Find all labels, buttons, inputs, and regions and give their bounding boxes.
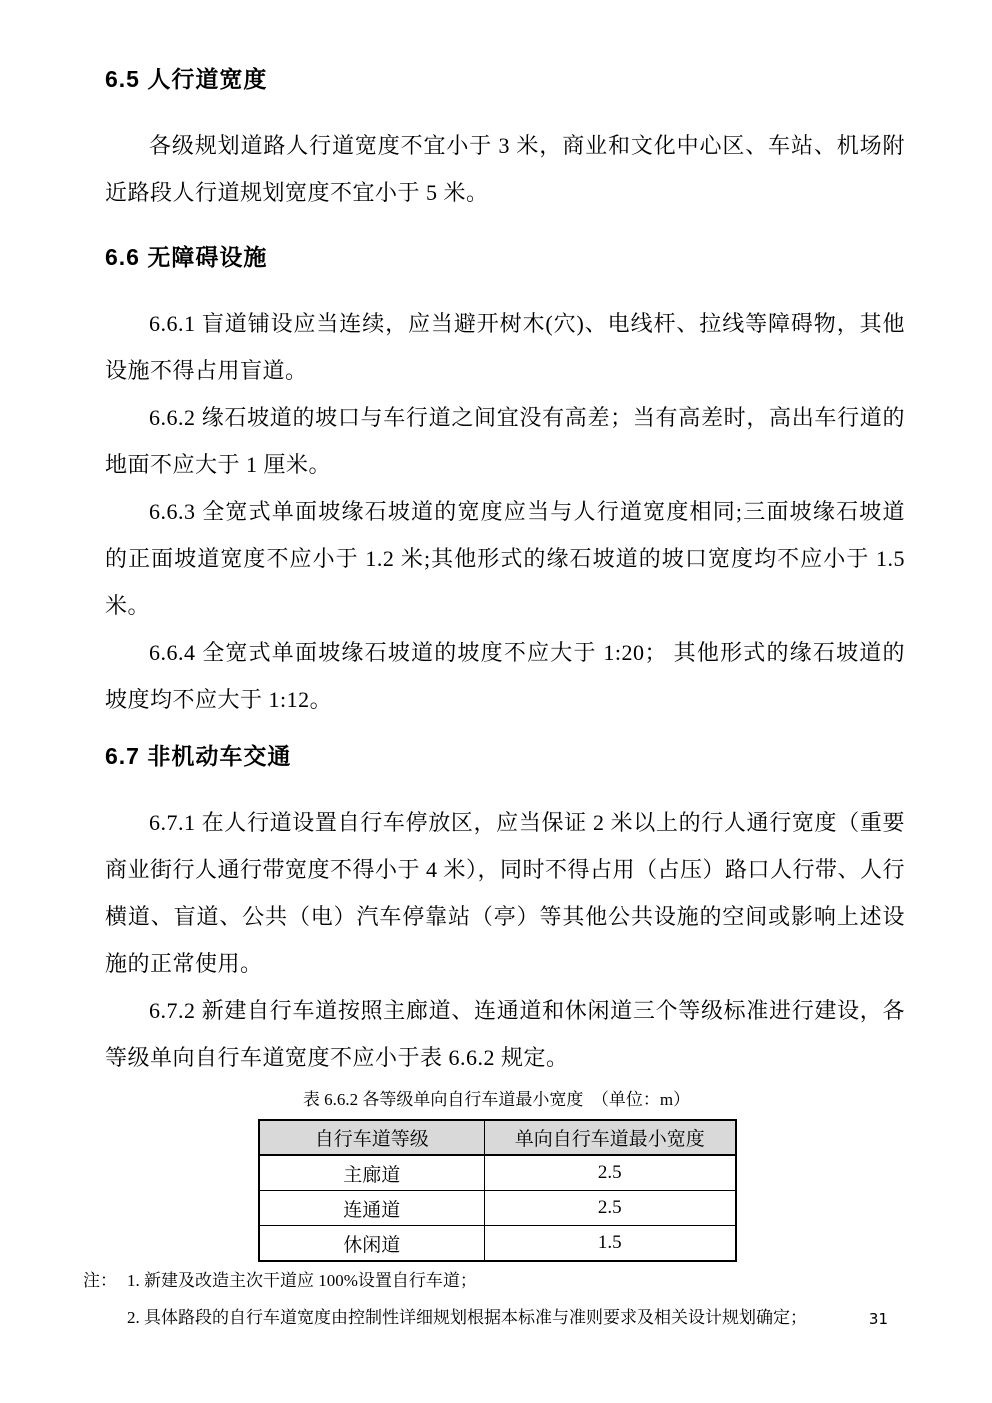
paragraph-6-6-3: 6.6.3 全宽式单面坡缘石坡道的宽度应当与人行道宽度相同;三面坡缘石坡道的正面… [105, 488, 905, 629]
table-header-min-width: 单向自行车道最小宽度 [484, 1120, 736, 1155]
note-text-1: 1. 新建及改造主次干道应 100%设置自行车道； [127, 1266, 477, 1296]
table-row: 休闲道 1.5 [259, 1226, 736, 1262]
section-body-6-6: 6.6.1 盲道铺设应当连续，应当避开树木(穴)、电线杆、拉线等障碍物，其他设施… [105, 300, 905, 723]
table-cell-grade: 连通道 [259, 1191, 484, 1226]
table-cell-width: 1.5 [484, 1226, 736, 1262]
paragraph-6-6-2: 6.6.2 缘石坡道的坡口与车行道之间宜没有高差；当有高差时，高出车行道的地面不… [105, 394, 905, 488]
table-cell-width: 2.5 [484, 1155, 736, 1191]
section-heading-6-7: 6.7 非机动车交通 [105, 741, 905, 771]
table-header-row: 自行车道等级 单向自行车道最小宽度 [259, 1120, 736, 1155]
table-cell-width: 2.5 [484, 1191, 736, 1226]
table-cell-grade: 休闲道 [259, 1226, 484, 1262]
section-heading-6-6: 6.6 无障碍设施 [105, 242, 905, 272]
table-row: 主廊道 2.5 [259, 1155, 736, 1191]
table-caption: 表 6.6.2 各等级单向自行车道最小宽度 （单位：m） [258, 1089, 735, 1111]
note-text-2: 2. 具体路段的自行车道宽度由控制性详细规划根据本标准与准则要求及相关设计规划确… [127, 1303, 807, 1333]
section-body-6-7: 6.7.1 在人行道设置自行车停放区，应当保证 2 米以上的行人通行宽度（重要商… [105, 799, 905, 1081]
paragraph-6-6-1: 6.6.1 盲道铺设应当连续，应当避开树木(穴)、电线杆、拉线等障碍物，其他设施… [105, 300, 905, 394]
page-content: 6.5 人行道宽度 各级规划道路人行道宽度不宜小于 3 米，商业和文化中心区、车… [105, 0, 905, 1333]
document-page: 6.5 人行道宽度 各级规划道路人行道宽度不宜小于 3 米，商业和文化中心区、车… [0, 0, 992, 1403]
note-item: 2. 具体路段的自行车道宽度由控制性详细规划根据本标准与准则要求及相关设计规划确… [83, 1303, 905, 1333]
paragraph-6-7-1: 6.7.1 在人行道设置自行车停放区，应当保证 2 米以上的行人通行宽度（重要商… [105, 799, 905, 987]
paragraph-6-7-2: 6.7.2 新建自行车道按照主廊道、连通道和休闲道三个等级标准进行建设，各等级单… [105, 987, 905, 1081]
paragraph-6-6-4: 6.6.4 全宽式单面坡缘石坡道的坡度不应大于 1:20； 其他形式的缘石坡道的… [105, 629, 905, 723]
section-body-6-5: 各级规划道路人行道宽度不宜小于 3 米，商业和文化中心区、车站、机场附近路段人行… [105, 122, 905, 216]
note-item: 注： 1. 新建及改造主次干道应 100%设置自行车道； [83, 1266, 905, 1296]
table-cell-grade: 主廊道 [259, 1155, 484, 1191]
page-number: 31 [869, 1310, 888, 1328]
bike-lane-width-table: 自行车道等级 单向自行车道最小宽度 主廊道 2.5 连通道 2.5 休闲道 1.… [258, 1119, 737, 1262]
notes-label: 注： [83, 1266, 127, 1296]
paragraph-6-5: 各级规划道路人行道宽度不宜小于 3 米，商业和文化中心区、车站、机场附近路段人行… [105, 122, 905, 216]
table-notes: 注： 1. 新建及改造主次干道应 100%设置自行车道； 2. 具体路段的自行车… [83, 1266, 905, 1333]
table-header-lane-grade: 自行车道等级 [259, 1120, 484, 1155]
table-row: 连通道 2.5 [259, 1191, 736, 1226]
section-heading-6-5: 6.5 人行道宽度 [105, 64, 905, 94]
note-indent-spacer [83, 1303, 127, 1333]
